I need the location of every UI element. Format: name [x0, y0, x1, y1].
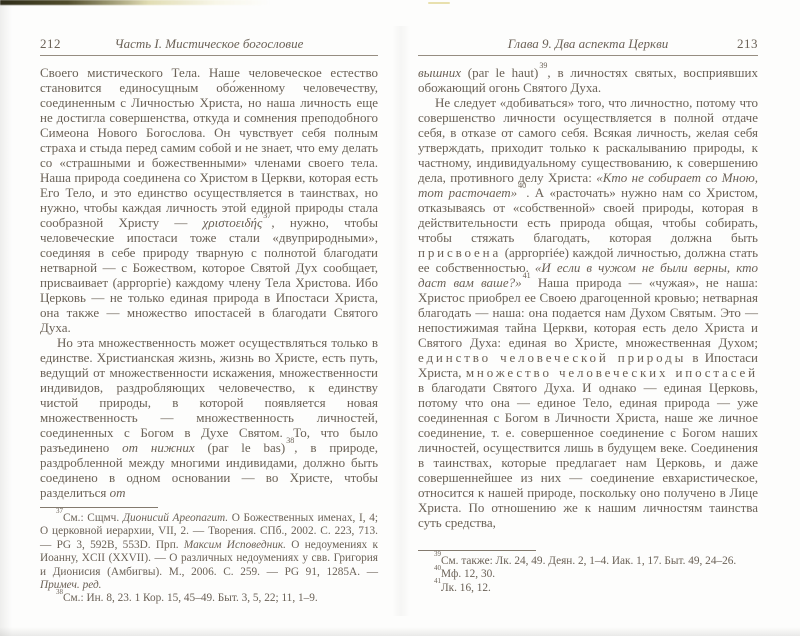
left-header-rule — [40, 55, 378, 56]
scan-edge-bottom — [0, 627, 800, 636]
book-gutter — [392, 26, 410, 616]
footnote: 40Мф. 12, 30. — [418, 568, 758, 581]
scan-edge-left — [0, 0, 12, 636]
left-footnotes: 37См.: Сщмч. Дионисий Ареопагит. О Божес… — [40, 512, 378, 606]
left-page: 212 Часть I. Мистическое богословие Свое… — [40, 36, 378, 606]
right-header-rule — [418, 55, 758, 56]
book-scan: 212 Часть I. Мистическое богословие Свое… — [0, 0, 800, 636]
paragraph: Не следует «добиваться» того, что личнос… — [418, 95, 758, 530]
right-running-title: Глава 9. Два аспекта Церкви — [460, 36, 716, 52]
left-page-header: 212 Часть I. Мистическое богословие — [40, 36, 378, 52]
right-page-header: Глава 9. Два аспекта Церкви 213 — [418, 36, 758, 52]
footnote: 39См. также: Лк. 24, 49. Деян. 2, 1–4. И… — [418, 555, 758, 568]
scan-smudge-dot — [428, 2, 450, 4]
left-page-number: 212 — [40, 36, 82, 52]
paragraph: вышних (par le haut)39, в личностях свят… — [418, 65, 758, 95]
footnote: 41Лк. 16, 12. — [418, 582, 758, 595]
footnote: 38См.: Ин. 8, 23. 1 Кор. 15, 45–49. Быт.… — [40, 592, 378, 605]
right-page-number: 213 — [716, 36, 758, 52]
left-page-body: Своего мистического Тела. Наше человечес… — [40, 65, 378, 500]
footnote: 37См.: Сщмч. Дионисий Ареопагит. О Божес… — [40, 512, 378, 592]
right-footnotes: 39См. также: Лк. 24, 49. Деян. 2, 1–4. И… — [418, 555, 758, 595]
paragraph: Но эта множественность может осуществлят… — [40, 335, 378, 500]
scan-smudge-top — [0, 0, 270, 5]
right-page: Глава 9. Два аспекта Церкви 213 вышних (… — [418, 36, 758, 595]
paragraph: Своего мистического Тела. Наше человечес… — [40, 65, 378, 335]
left-running-title: Часть I. Мистическое богословие — [82, 36, 336, 52]
right-page-body: вышних (par le haut)39, в личностях свят… — [418, 65, 758, 543]
